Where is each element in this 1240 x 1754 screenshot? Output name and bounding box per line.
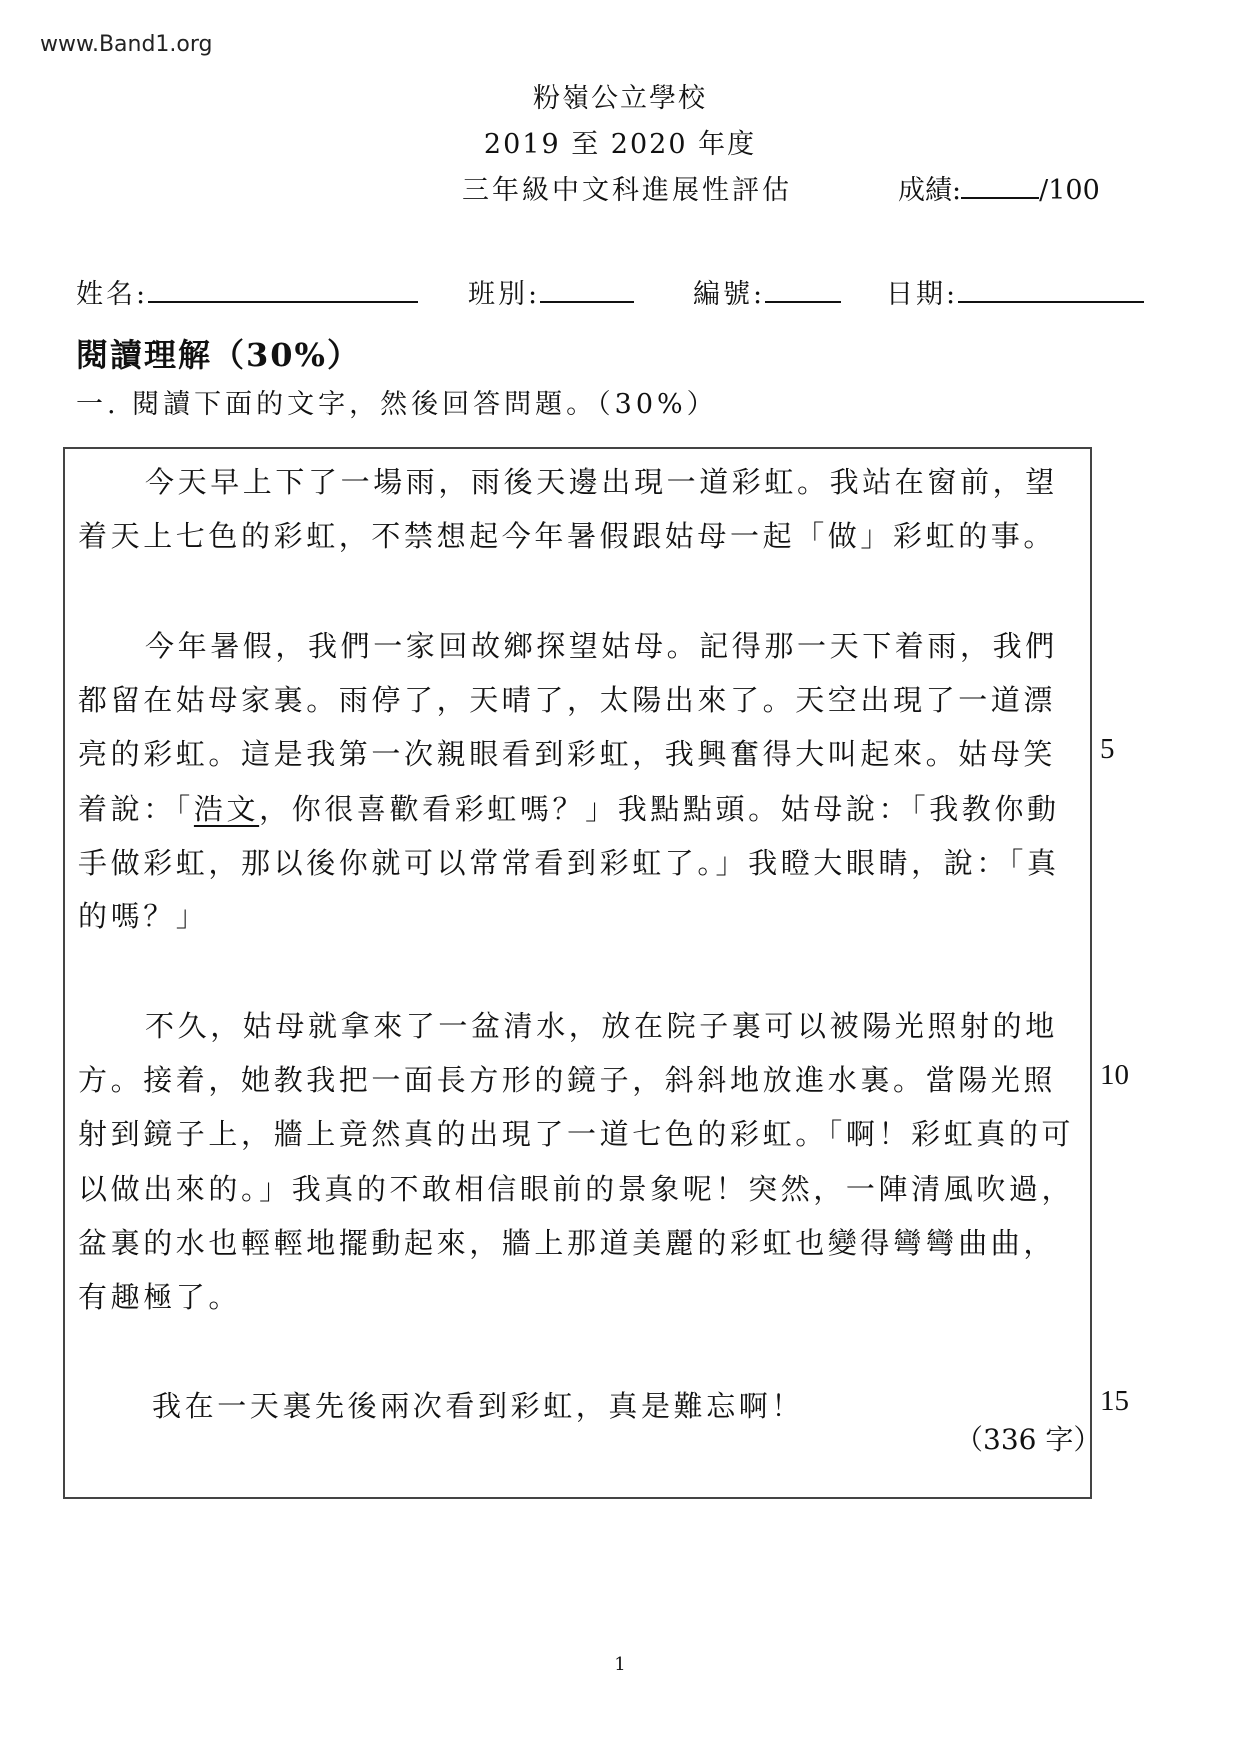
line-number: 10 — [1100, 1059, 1129, 1092]
watermark: www.Band1.org — [40, 32, 213, 57]
section-instruction: 一. 閱讀下面的文字，然後回答問題。（30%） — [76, 382, 718, 421]
passage-text: 着說：「 — [78, 792, 194, 826]
score-label: 成績: — [898, 175, 961, 206]
date-blank[interactable] — [958, 275, 1144, 303]
passage-line: 亮的彩虹。這是我第一次親眼看到彩虹，我興奮得大叫起來。姑母笑 — [78, 732, 1056, 773]
passage-text: ，你很喜歡看彩虹嗎？」我點點頭。姑母說：「我教你動 — [259, 792, 1060, 826]
name-blank[interactable] — [148, 275, 418, 303]
name-label: 姓名: — [76, 279, 148, 310]
passage-line: 的嗎？」 — [78, 894, 208, 935]
section-title: 閱讀理解（30%） — [76, 330, 361, 376]
date-field: 日期: — [886, 272, 1144, 311]
passage-line: 以做出來的。」我真的不敢相信眼前的景象呢！突然，一陣清風吹過， — [78, 1167, 1074, 1208]
school-year: 2019 至 2020 年度 — [0, 122, 1240, 161]
date-label: 日期: — [886, 279, 958, 310]
name-field: 姓名: — [76, 272, 418, 311]
passage-line: 盆裏的水也輕輕地擺動起來，牆上那道美麗的彩虹也變得彎彎曲曲， — [78, 1221, 1056, 1262]
number-field: 編號: — [693, 272, 841, 311]
passage-line: 有趣極了。 — [78, 1275, 241, 1316]
line-number: 15 — [1100, 1385, 1129, 1418]
passage-line: 方。接着，她教我把一面長方形的鏡子，斜斜地放進水裏。當陽光照 — [78, 1058, 1056, 1099]
passage-line: 手做彩虹，那以後你就可以常常看到彩虹了。」我瞪大眼睛，說：「真 — [78, 841, 1060, 882]
passage-line: 射到鏡子上，牆上竟然真的出現了一道七色的彩虹。「啊！彩虹真的可 — [78, 1112, 1074, 1153]
page-number: 1 — [0, 1654, 1240, 1675]
line-number: 5 — [1100, 733, 1115, 766]
score-field: 成績:/100 — [898, 168, 1100, 207]
passage-line: 着天上七色的彩虹，不禁想起今年暑假跟姑母一起「做」彩虹的事。 — [78, 514, 1056, 555]
character-name: 浩文 — [194, 792, 259, 826]
class-field: 班別: — [468, 272, 634, 311]
number-blank[interactable] — [765, 275, 841, 303]
assessment-title: 三年級中文科進展性評估 — [462, 168, 792, 207]
passage-box — [63, 447, 1092, 1499]
passage-line: 今年暑假，我們一家回故鄉探望姑母。記得那一天下着雨，我們 — [145, 624, 1058, 665]
number-label: 編號: — [693, 279, 765, 310]
score-blank[interactable] — [961, 171, 1039, 199]
class-blank[interactable] — [540, 275, 634, 303]
class-label: 班別: — [468, 279, 540, 310]
passage-line: 今天早上下了一場雨，雨後天邊出現一道彩虹。我站在窗前，望 — [145, 460, 1058, 501]
passage-line: 都留在姑母家裏。雨停了，天晴了，太陽出來了。天空出現了一道漂 — [78, 678, 1056, 719]
passage-line: 不久，姑母就拿來了一盆清水，放在院子裏可以被陽光照射的地 — [145, 1004, 1058, 1045]
passage-line: 着說：「浩文，你很喜歡看彩虹嗎？」我點點頭。姑母說：「我教你動 — [78, 787, 1060, 828]
score-total: /100 — [1039, 175, 1100, 206]
school-name: 粉嶺公立學校 — [0, 76, 1240, 115]
word-count: （336 字） — [955, 1418, 1101, 1458]
passage-line: 我在一天裏先後兩次看到彩虹，真是難忘啊！ — [152, 1384, 804, 1425]
